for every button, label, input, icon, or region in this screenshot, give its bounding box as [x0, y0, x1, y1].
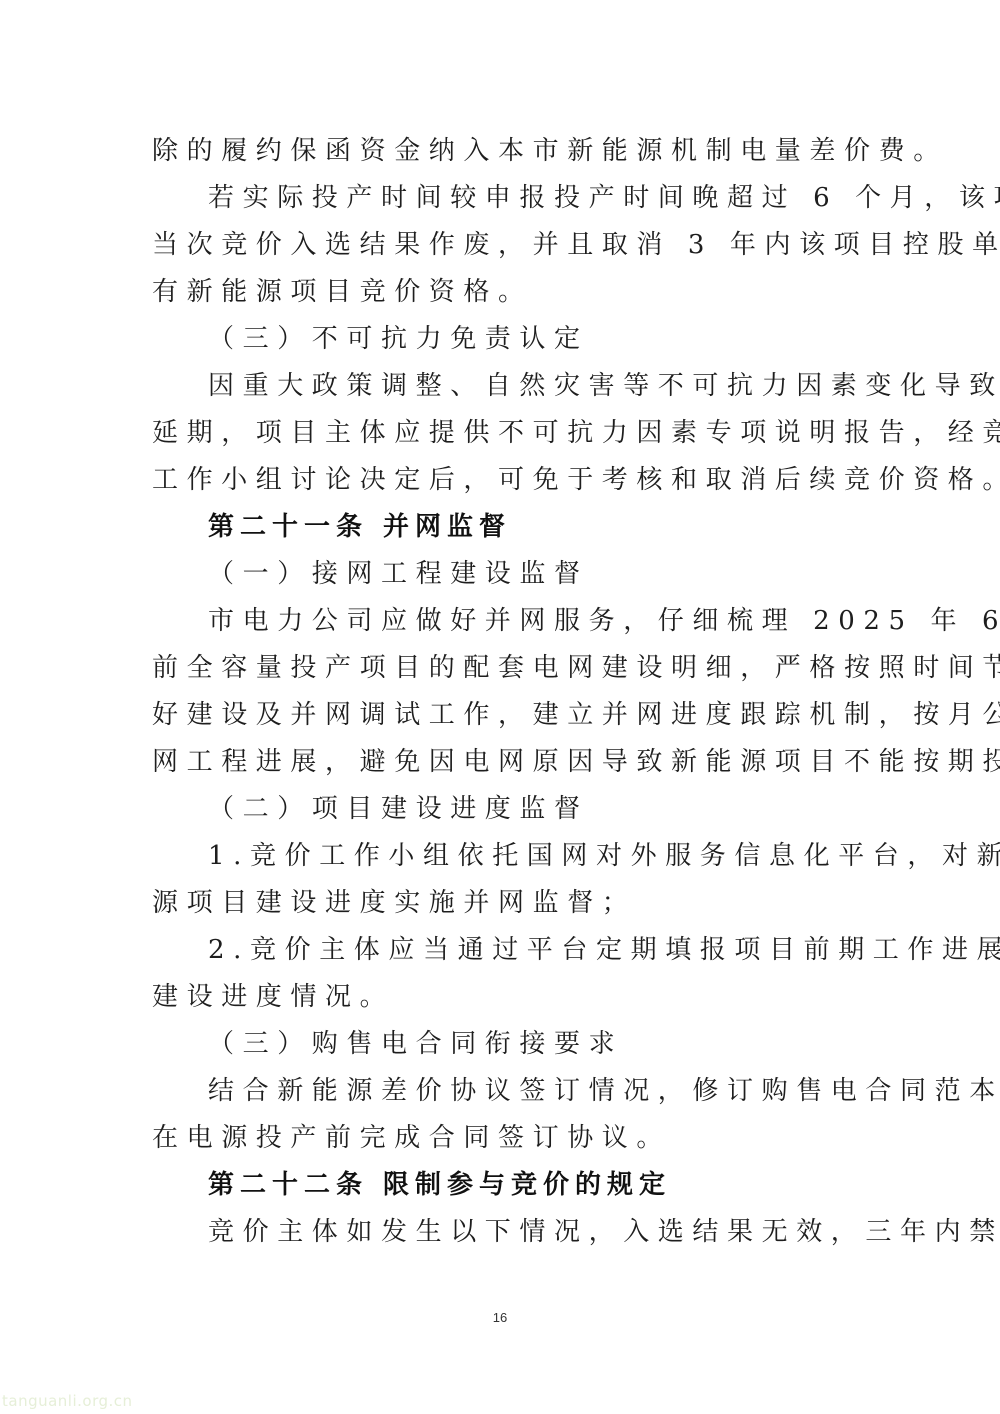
text-line: 因重大政策调整、自然灾害等不可抗力因素变化导致的	[152, 363, 852, 410]
text-line: 竞价主体如发生以下情况，入选结果无效，三年内禁止	[152, 1209, 852, 1256]
text-line: 结合新能源差价协议签订情况，修订购售电合同范本，	[152, 1068, 852, 1115]
text-line: 在电源投产前完成合同签订协议。	[152, 1115, 852, 1162]
text-line: （一）接网工程建设监督	[152, 551, 852, 598]
text-line: 工作小组讨论决定后，可免于考核和取消后续竞价资格。	[152, 457, 852, 504]
document-page: 除的履约保函资金纳入本市新能源机制电量差价费。若实际投产时间较申报投产时间晚超过…	[152, 128, 852, 1256]
text-line: （三）不可抗力免责认定	[152, 316, 852, 363]
text-line: 除的履约保函资金纳入本市新能源机制电量差价费。	[152, 128, 852, 175]
text-line: 前全容量投产项目的配套电网建设明细，严格按照时间节点做	[152, 645, 852, 692]
text-line: 2.竞价主体应当通过平台定期填报项目前期工作进展、	[152, 927, 852, 974]
text-line: （三）购售电合同衔接要求	[152, 1021, 852, 1068]
article-heading: 第二十一条 并网监督	[152, 504, 852, 551]
text-line: 1.竞价工作小组依托国网对外服务信息化平台，对新能	[152, 833, 852, 880]
text-line: 有新能源项目竞价资格。	[152, 269, 852, 316]
text-line: 延期，项目主体应提供不可抗力因素专项说明报告，经竞价	[152, 410, 852, 457]
text-line: （二）项目建设进度监督	[152, 786, 852, 833]
text-line: 市电力公司应做好并网服务，仔细梳理 2025 年 6 月 1 日	[152, 598, 852, 645]
page-number: 16	[0, 1310, 1000, 1325]
text-line: 源项目建设进度实施并网监督；	[152, 880, 852, 927]
watermark: tanguanli.org.cn	[2, 1392, 133, 1410]
text-line: 建设进度情况。	[152, 974, 852, 1021]
text-line: 网工程进展，避免因电网原因导致新能源项目不能按期投产。	[152, 739, 852, 786]
text-line: 当次竞价入选结果作废，并且取消 3 年内该项目控股单位所	[152, 222, 852, 269]
text-line: 好建设及并网调试工作，建立并网进度跟踪机制，按月公开接	[152, 692, 852, 739]
article-heading: 第二十二条 限制参与竞价的规定	[152, 1162, 852, 1209]
text-line: 若实际投产时间较申报投产时间晚超过 6 个月，该项目	[152, 175, 852, 222]
